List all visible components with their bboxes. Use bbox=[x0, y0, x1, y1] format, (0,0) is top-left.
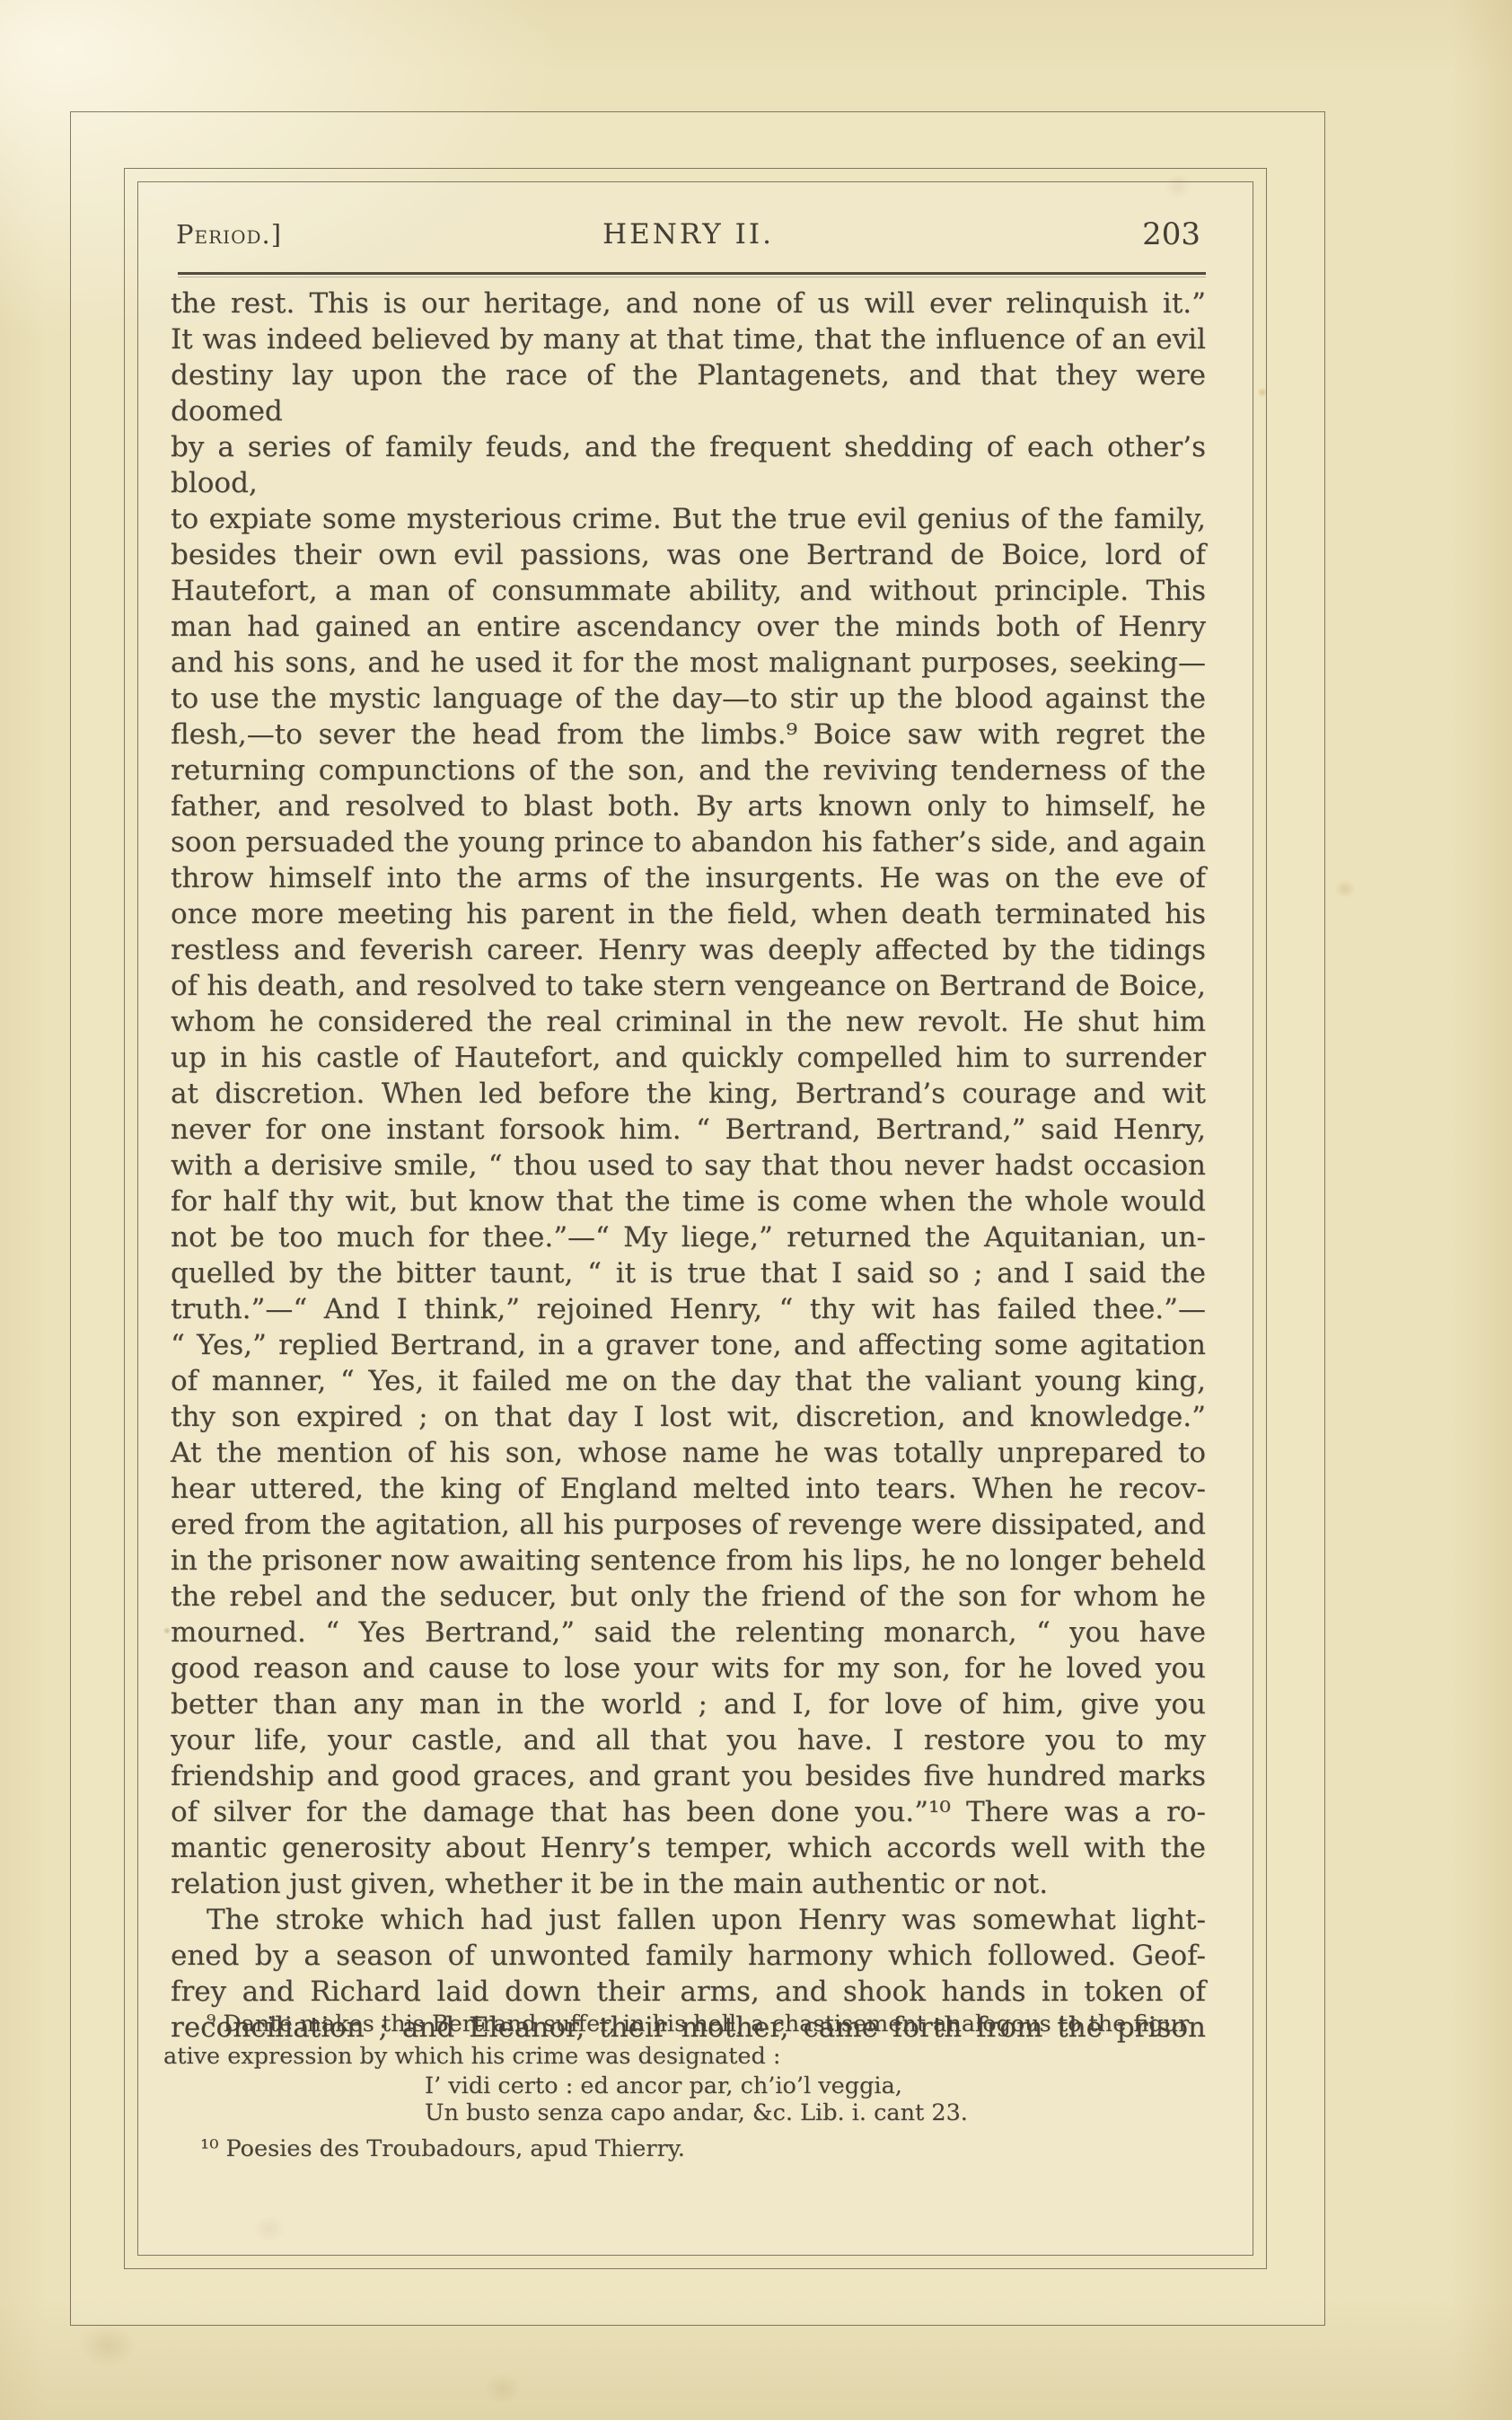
body-line: the rebel and the seducer, but only the … bbox=[171, 1579, 1206, 1615]
footnote-line: ative expression by which his crime was … bbox=[163, 2041, 1206, 2073]
scanned-book-page: Period.] HENRY II. 203 the rest. This is… bbox=[0, 0, 1512, 2420]
page-number: 203 bbox=[1142, 215, 1200, 254]
body-line: restless and feverish career. Henry was … bbox=[171, 932, 1206, 968]
body-line: mourned. “ Yes Bertrand,” said the relen… bbox=[171, 1615, 1206, 1650]
body-line: and his sons, and he used it for the mos… bbox=[171, 645, 1206, 681]
body-line: thy son expired ; on that day I lost wit… bbox=[171, 1399, 1206, 1435]
footnote-line: I’ vidi certo : ed ancor par, ch’io’l ve… bbox=[425, 2072, 1206, 2099]
body-line: The stroke which had just fallen upon He… bbox=[171, 1902, 1206, 1938]
body-line: of silver for the damage that has been d… bbox=[171, 1794, 1206, 1830]
footnote-line: ¹⁰ Poesies des Troubadours, apud Thierry… bbox=[171, 2134, 1206, 2166]
body-line: friendship and good graces, and grant yo… bbox=[171, 1758, 1206, 1794]
body-line: to use the mystic language of the day—to… bbox=[171, 681, 1206, 717]
body-line: whom he considered the real criminal in … bbox=[171, 1004, 1206, 1040]
body-line: man had gained an entire ascendancy over… bbox=[171, 609, 1206, 645]
body-line: ered from the agitation, all his purpose… bbox=[171, 1507, 1206, 1543]
body-line: flesh,—to sever the head from the limbs.… bbox=[171, 717, 1206, 752]
body-line: of his death, and resolved to take stern… bbox=[171, 968, 1206, 1004]
body-line: relation just given, whether it be in th… bbox=[171, 1866, 1206, 1902]
page-content: Period.] HENRY II. 203 the rest. This is… bbox=[171, 0, 1206, 2420]
body-line: in the prisoner now awaiting sentence fr… bbox=[171, 1543, 1206, 1579]
body-line: better than any man in the world ; and I… bbox=[171, 1686, 1206, 1722]
body-line: good reason and cause to lose your wits … bbox=[171, 1650, 1206, 1686]
body-line: at discretion. When led before the king,… bbox=[171, 1076, 1206, 1112]
body-line: father, and resolved to blast both. By a… bbox=[171, 788, 1206, 824]
header-rule bbox=[178, 272, 1206, 278]
body-line: returning compunctions of the son, and t… bbox=[171, 752, 1206, 788]
running-header: Period.] HENRY II. 203 bbox=[171, 215, 1206, 254]
body-text: the rest. This is our heritage, and none… bbox=[171, 286, 1206, 2046]
body-line: to expiate some mysterious crime. But th… bbox=[171, 501, 1206, 537]
body-line: your life, your castle, and all that you… bbox=[171, 1722, 1206, 1758]
footnotes: ⁹ Dante makes this Bertrand suffer, in h… bbox=[171, 2009, 1206, 2166]
body-line: up in his castle of Hautefort, and quick… bbox=[171, 1040, 1206, 1076]
body-line: destiny lay upon the race of the Plantag… bbox=[171, 357, 1206, 429]
running-head-title: HENRY II. bbox=[171, 215, 1206, 254]
body-line: ened by a season of unwonted family harm… bbox=[171, 1938, 1206, 1974]
body-line: the rest. This is our heritage, and none… bbox=[171, 286, 1206, 321]
footnote-line: ⁹ Dante makes this Bertrand suffer, in h… bbox=[171, 2009, 1206, 2041]
body-line: soon persuaded the young prince to aband… bbox=[171, 824, 1206, 860]
body-line: “ Yes,” replied Bertrand, in a graver to… bbox=[171, 1327, 1206, 1363]
footnote-line: Un busto senza capo andar, &c. Lib. i. c… bbox=[425, 2099, 1206, 2126]
body-line: with a derisive smile, “ thou used to sa… bbox=[171, 1148, 1206, 1184]
body-line: It was indeed believed by many at that t… bbox=[171, 321, 1206, 357]
body-line: besides their own evil passions, was one… bbox=[171, 537, 1206, 573]
body-line: of manner, “ Yes, it failed me on the da… bbox=[171, 1363, 1206, 1399]
body-line: once more meeting his parent in the fiel… bbox=[171, 896, 1206, 932]
body-line: throw himself into the arms of the insur… bbox=[171, 860, 1206, 896]
body-line: not be too much for thee.”—“ My liege,” … bbox=[171, 1219, 1206, 1255]
body-line: never for one instant forsook him. “ Ber… bbox=[171, 1112, 1206, 1148]
body-line: Hautefort, a man of consummate ability, … bbox=[171, 573, 1206, 609]
body-line: by a series of family feuds, and the fre… bbox=[171, 429, 1206, 501]
body-line: for half thy wit, but know that the time… bbox=[171, 1184, 1206, 1219]
body-line: mantic generosity about Henry’s temper, … bbox=[171, 1830, 1206, 1866]
body-line: truth.”—“ And I think,” rejoined Henry, … bbox=[171, 1291, 1206, 1327]
body-line: hear uttered, the king of England melted… bbox=[171, 1471, 1206, 1507]
body-line: frey and Richard laid down their arms, a… bbox=[171, 1974, 1206, 2010]
body-line: quelled by the bitter taunt, “ it is tru… bbox=[171, 1255, 1206, 1291]
body-line: At the mention of his son, whose name he… bbox=[171, 1435, 1206, 1471]
